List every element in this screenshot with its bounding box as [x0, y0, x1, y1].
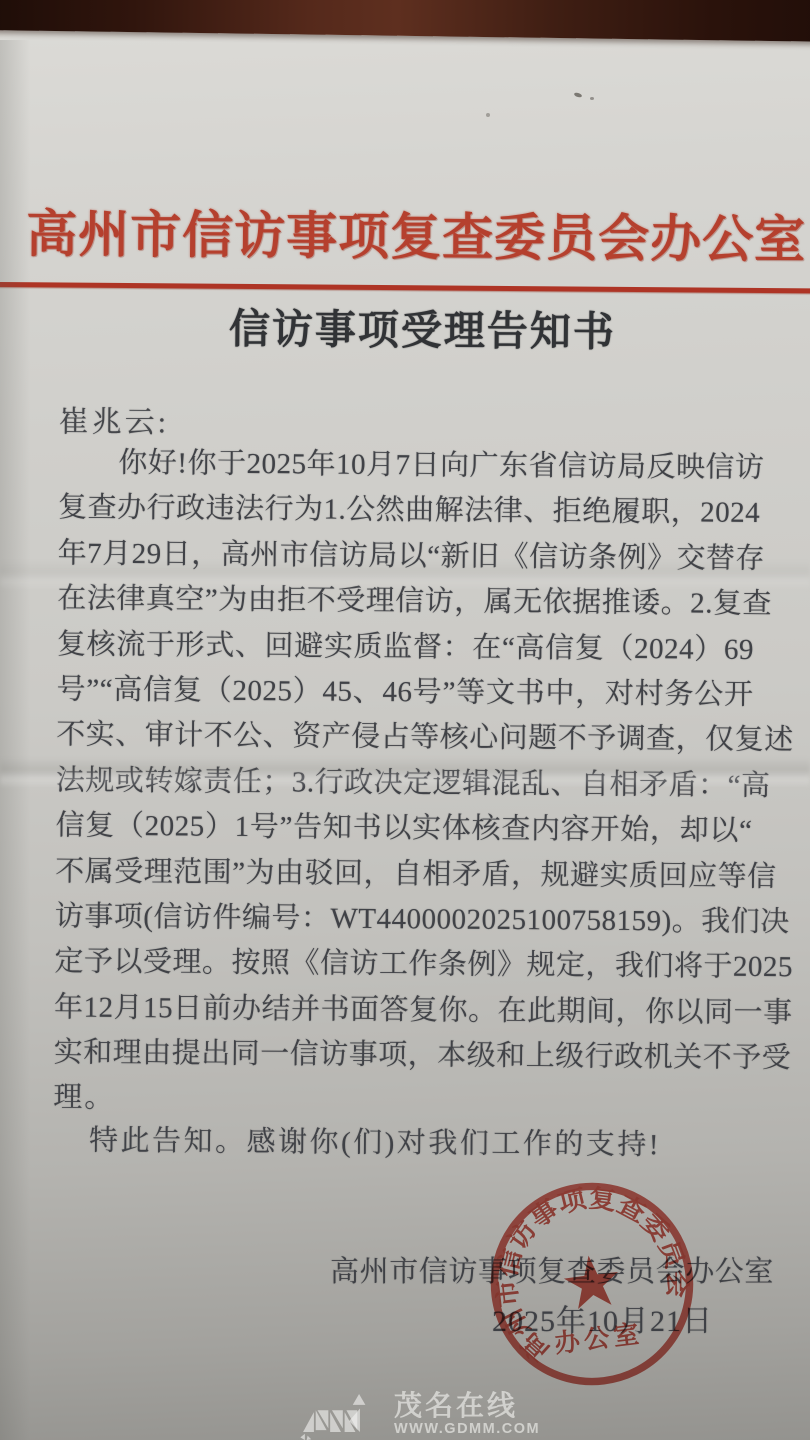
seal-bottom-text: 办公室	[553, 1319, 645, 1359]
watermark-site-name: 茂名在线	[394, 1391, 540, 1421]
paper-speck	[590, 97, 594, 100]
body-text-line: 法规或转嫁责任；3.行政决定逻辑混乱、自相矛盾：“高	[56, 758, 753, 809]
body-text-line: 在法律真空”为由拒不受理信访，属无依据推诿。2.复查	[57, 577, 754, 628]
body-paragraph: 你好!你于2025年10月7日向广东省信访局反映信访复查办行政违法行为1.公然曲…	[53, 440, 755, 1126]
body-text-line: 不实、审计不公、资产侵占等核心问题不予调查，仅复述	[56, 713, 753, 764]
letterhead-rule	[0, 282, 810, 294]
body-text-line: 年12月15日前办结并书面答复你。在此期间，你以同一事	[54, 985, 751, 1036]
document-title: 信访事项受理告知书	[37, 294, 807, 359]
body-text-line: 年7月29日，高州市信访局以“新旧《信访条例》交替存	[57, 531, 754, 582]
triangle-m-logo	[300, 1385, 382, 1440]
body-text-line: 你好!你于2025年10月7日向广东省信访局反映信访	[58, 440, 755, 491]
body-text-line: 信复（2025）1号”告知书以实体核查内容开始，却以“	[55, 804, 752, 855]
body-text-line: 不属受理范围”为由驳回，自相矛盾，规避实质回应等信	[55, 849, 752, 900]
closing-line: 特此告知。感谢你(们)对我们工作的支持!	[53, 1117, 750, 1163]
salutation: 崔兆云:	[59, 396, 170, 441]
body-text-line: 实和理由提出同一信访事项，本级和上级行政机关不予受	[54, 1031, 751, 1082]
letterhead-issuer-title: 高州市信访事项复查委员会办公室	[26, 192, 807, 272]
site-watermark: 茂名在线 WWW.GDMM.COM	[300, 1383, 540, 1440]
body-text-line: 复查办行政违法行为1.公然曲解法律、拒绝履职，2024	[58, 486, 755, 537]
body-text-line: 定予以受理。按照《信访工作条例》规定，我们将于2025	[54, 940, 751, 991]
star-icon	[561, 1252, 621, 1310]
official-seal: 高州市信访事项复查委员会 办公室	[474, 1166, 710, 1402]
body-text-line: 号”“高信复（2025）45、46号”等文书中，对村务公开	[56, 667, 753, 718]
document-photo: 高州市信访事项复查委员会办公室 信访事项受理告知书 崔兆云: 你好!你于2025…	[0, 0, 810, 1440]
body-text-line: 访事项(信访件编号：WT4400002025100758159)。我们决	[55, 894, 752, 945]
paper-speck	[486, 113, 490, 117]
watermark-site-url: WWW.GDMM.COM	[394, 1421, 540, 1438]
body-text-line: 复核流于形式、回避实质监督：在“高信复（2024）69	[57, 622, 754, 673]
